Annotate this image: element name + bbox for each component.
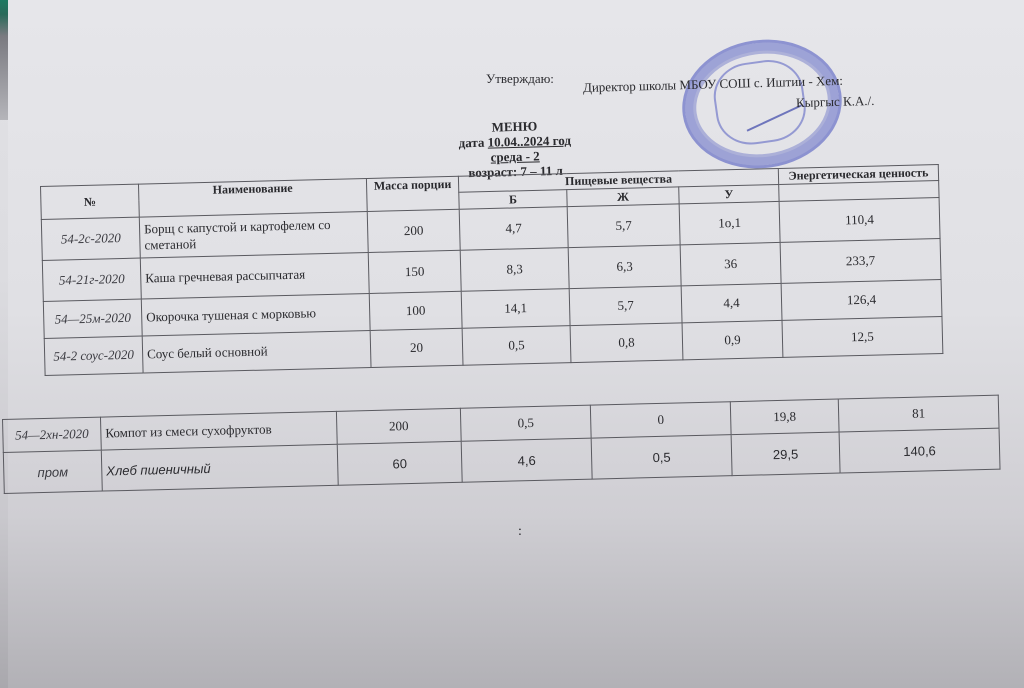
cell-mass: 200 [336, 408, 461, 444]
cell-mass: 150 [368, 250, 461, 293]
cell-protein: 4,6 [461, 438, 592, 482]
date-value: 10.04..2024 год [488, 133, 572, 150]
cell-name: Хлеб пшеничный [101, 444, 338, 491]
cell-energy: 81 [838, 395, 999, 432]
cell-protein: 0,5 [462, 326, 571, 366]
cell-fat: 0,8 [570, 323, 683, 363]
cell-protein: 8,3 [460, 248, 569, 292]
cell-mass: 20 [370, 328, 463, 367]
col-number: № [41, 184, 140, 219]
cell-energy: 140,6 [839, 428, 1000, 473]
cell-protein: 4,7 [459, 207, 568, 251]
cell-energy: 126,4 [781, 280, 942, 321]
cell-protein: 14,1 [461, 289, 570, 329]
cell-carbs: 29,5 [731, 432, 840, 476]
cell-carbs: 1о,1 [679, 201, 780, 244]
cell-code: 54—25м-2020 [43, 299, 142, 338]
cell-code: пром [3, 450, 102, 493]
cell-code: 54—2хн-2020 [3, 417, 102, 452]
cell-mass: 60 [337, 441, 462, 485]
cell-code: 54-2 соус-2020 [44, 336, 143, 375]
cell-fat: 6,3 [568, 245, 681, 289]
cell-name: Каша гречневая рассыпчатая [140, 253, 369, 300]
cell-fat: 0 [590, 402, 731, 438]
menu-title-block: МЕНЮ дата 10.04..2024 год среда - 2 возр… [439, 117, 590, 181]
cell-code: 54-21г-2020 [42, 258, 141, 301]
cell-code: 54-2с-2020 [41, 217, 140, 260]
cell-fat: 5,7 [569, 286, 682, 326]
cell-energy: 12,5 [782, 317, 943, 358]
approve-label: Утверждаю: [486, 71, 554, 87]
cell-energy: 233,7 [780, 239, 941, 284]
director-name: Кыргыс К.А./. [796, 93, 875, 111]
cell-fat: 5,7 [567, 204, 680, 248]
col-name: Наименование [138, 179, 367, 218]
cell-protein: 0,5 [460, 405, 591, 441]
col-mass: Масса порции [366, 176, 459, 211]
cell-mass: 100 [369, 291, 462, 330]
cell-energy: 110,4 [779, 198, 940, 243]
cell-mass: 200 [367, 209, 460, 252]
cell-name: Окорочка тушеная с морковью [141, 293, 370, 336]
cell-carbs: 36 [680, 242, 781, 285]
cell-fat: 0,5 [591, 435, 732, 479]
cell-carbs: 0,9 [682, 320, 783, 359]
cell-name: Соус белый основной [142, 330, 371, 373]
cell-carbs: 19,8 [730, 399, 839, 435]
menu-table-main: № Наименование Масса порции Пищевые веще… [40, 164, 943, 376]
footer-mark: : [518, 524, 522, 540]
cell-name: Борщ с капустой и картофелем со сметаной [139, 212, 368, 259]
cell-carbs: 4,4 [681, 283, 782, 322]
